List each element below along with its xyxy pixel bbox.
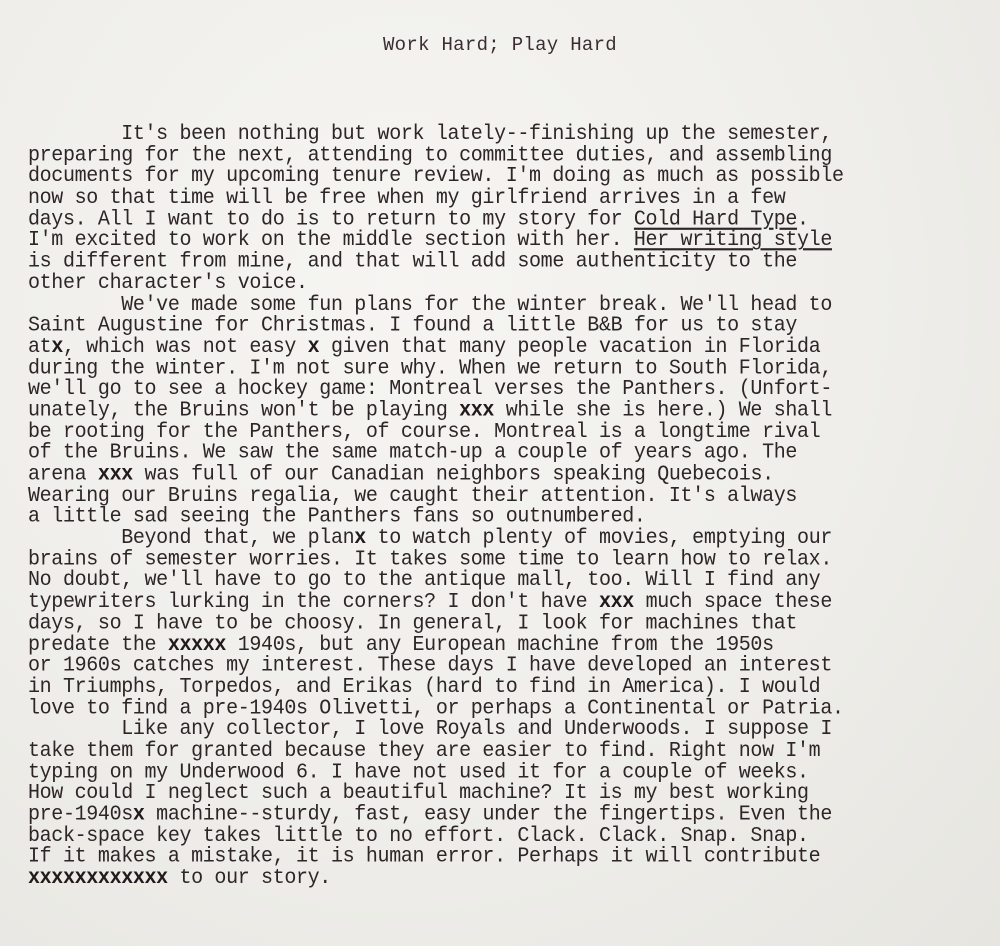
text-line: of the Bruins. We saw the same match-up …: [28, 443, 988, 464]
text-line: back-space key takes little to no effort…: [28, 826, 988, 847]
text-line: Wearing our Bruins regalia, we caught th…: [28, 485, 988, 506]
text-line: days, so I have to be choosy. In general…: [28, 613, 988, 634]
text-line: We've made some fun plans for the winter…: [28, 294, 988, 315]
text-line: Beyond that, we planx to watch plenty of…: [28, 528, 988, 549]
text-line: Like any collector, I love Royals and Un…: [28, 719, 988, 740]
text-line: unately, the Bruins won't be playing xxx…: [28, 400, 988, 421]
text-line: It's been nothing but work lately--finis…: [28, 124, 988, 145]
text-line: preparing for the next, attending to com…: [28, 145, 988, 166]
text-line: If it makes a mistake, it is human error…: [28, 847, 988, 868]
text-line: Saint Augustine for Christmas. I found a…: [28, 315, 988, 336]
text-line: predate the xxxxx 1940s, but any Europea…: [28, 634, 988, 655]
text-line: xxxxxxxxxxxx to our story.: [28, 868, 988, 889]
text-line: pre-1940sx machine--sturdy, fast, easy u…: [28, 804, 988, 825]
text-line: or 1960s catches my interest. These days…: [28, 656, 988, 677]
text-line: No doubt, we'll have to go to the antiqu…: [28, 571, 988, 592]
text-line: take them for granted because they are e…: [28, 741, 988, 762]
text-line: brains of semester worries. It takes som…: [28, 549, 988, 570]
text-line: now so that time will be free when my gi…: [28, 188, 988, 209]
text-line: during the winter. I'm not sure why. Whe…: [28, 358, 988, 379]
text-line: arena xxx was full of our Canadian neigh…: [28, 464, 988, 485]
text-line: days. All I want to do is to return to m…: [28, 209, 988, 230]
text-line: be rooting for the Panthers, of course. …: [28, 422, 988, 443]
text-line: is different from mine, and that will ad…: [28, 252, 988, 273]
text-line: other character's voice.: [28, 273, 988, 294]
text-line: atx, which was not easy x given that man…: [28, 337, 988, 358]
document-title: Work Hard; Play Hard: [0, 34, 1000, 56]
text-line: typing on my Underwood 6. I have not use…: [28, 762, 988, 783]
text-line: How could I neglect such a beautiful mac…: [28, 783, 988, 804]
text-line: a little sad seeing the Panthers fans so…: [28, 507, 988, 528]
text-line: love to find a pre-1940s Olivetti, or pe…: [28, 698, 988, 719]
text-line: in Triumphs, Torpedos, and Erikas (hard …: [28, 677, 988, 698]
text-line: I'm excited to work on the middle sectio…: [28, 230, 988, 251]
text-line: documents for my upcoming tenure review.…: [28, 167, 988, 188]
text-line: typewriters lurking in the corners? I do…: [28, 592, 988, 613]
document-body: It's been nothing but work lately--finis…: [28, 124, 988, 889]
text-line: we'll go to see a hockey game: Montreal …: [28, 379, 988, 400]
